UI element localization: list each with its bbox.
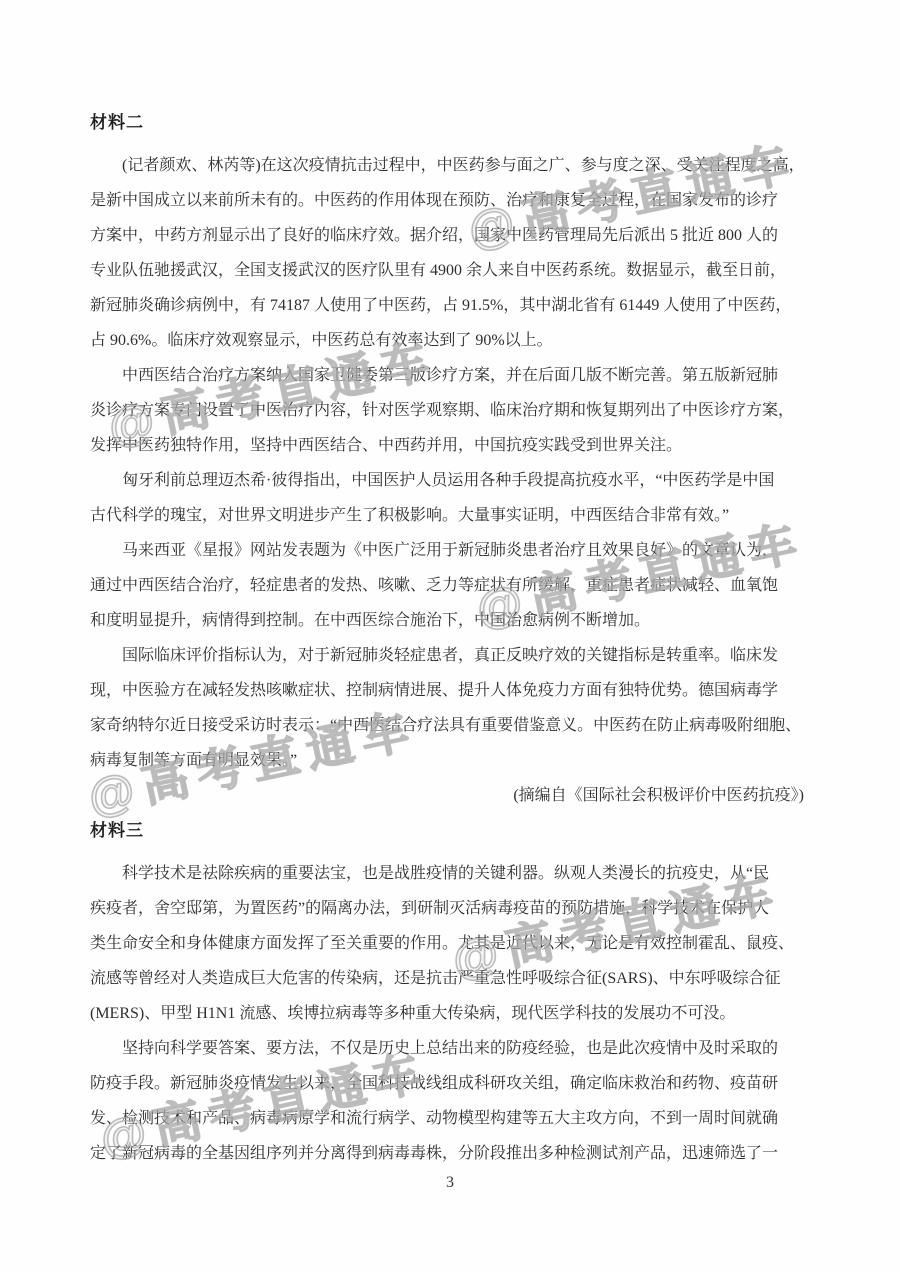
text-line: 家奇纳特尔近日接受采访时表示：“中西医结合疗法具有重要借鉴意义。中医药在防止病毒…: [90, 708, 818, 743]
text-line: 匈牙利前总理迈杰希·彼得指出，中国医护人员运用各种手段提高抗疫水平，“中医药学是…: [90, 463, 818, 498]
text-line: 和度明显提升，病情得到控制。在中西医综合施治下，中国治愈病例不断增加。: [90, 603, 818, 638]
text-line: 专业队伍驰援武汉，全国支援武汉的医疗队里有 4900 余人来自中医药系统。数据显…: [90, 253, 818, 288]
text-line: 科学技术是祛除疾病的重要法宝，也是战胜疫情的关键利器。纵观人类漫长的抗疫史，从“…: [90, 856, 818, 891]
text-line: 流感等曾经对人类造成巨大危害的传染病，还是抗击严重急性呼吸综合征(SARS)、中…: [90, 961, 818, 996]
text-line: 防疫手段。新冠肺炎疫情发生以来，全国科技战线组成科研攻关组，确定临床救治和药物、…: [90, 1066, 818, 1101]
text-line: 是新中国成立以来前所未有的。中医药的作用体现在预防、治疗和康复全过程，在国家发布…: [90, 183, 818, 218]
text-line: 现，中医验方在减轻发热咳嗽症状、控制病情进展、提升人体免疫力方面有独特优势。德国…: [90, 673, 818, 708]
text-line: (MERS)、甲型 H1N1 流感、埃博拉病毒等多种重大传染病，现代医学科技的发…: [90, 996, 818, 1031]
section-heading: 材料三: [90, 813, 818, 848]
text-line: 炎诊疗方案专门设置了中医治疗内容，针对医学观察期、临床治疗期和恢复期列出了中医诊…: [90, 393, 818, 428]
section-heading: 材料二: [90, 105, 818, 140]
text-line: 占 90.6%。临床疗效观察显示，中医药总有效率达到了 90%以上。: [90, 323, 818, 358]
text-line: 定了新冠病毒的全基因组序列并分离得到病毒毒株，分阶段推出多种检测试剂产品，迅速筛…: [90, 1136, 818, 1171]
text-line: 古代科学的瑰宝，对世界文明进步产生了积极影响。大量事实证明，中西医结合非常有效。…: [90, 498, 818, 533]
text-line: 中西医结合治疗方案纳入国家卫健委第三版诊疗方案，并在后面几版不断完善。第五版新冠…: [90, 358, 818, 393]
source-attribution: (摘编自《国际社会积极评价中医药抗疫》): [90, 778, 818, 813]
text-line: 方案中，中药方剂显示出了良好的临床疗效。据介绍，国家中医药管理局先后派出 5 批…: [90, 218, 818, 253]
document-body: 材料二(记者颜欢、林芮等)在这次疫情抗击过程中，中医药参与面之广、参与度之深、受…: [90, 105, 818, 1171]
scanned-exam-page: 材料二(记者颜欢、林芮等)在这次疫情抗击过程中，中医药参与面之广、参与度之深、受…: [0, 0, 900, 1272]
text-line: 类生命安全和身体健康方面发挥了至关重要的作用。尤其是近代以来，无论是有效控制霍乱…: [90, 926, 818, 961]
text-line: 马来西亚《星报》网站发表题为《中医广泛用于新冠肺炎患者治疗且效果良好》的文章认为…: [90, 533, 818, 568]
text-line: 通过中西医结合治疗，轻症患者的发热、咳嗽、乏力等症状有所缓解，重症患者症状减轻、…: [90, 568, 818, 603]
text-line: 国际临床评价指标认为，对于新冠肺炎轻症患者，真正反映疗效的关键指标是转重率。临床…: [90, 638, 818, 673]
text-line: (记者颜欢、林芮等)在这次疫情抗击过程中，中医药参与面之广、参与度之深、受关注程…: [90, 148, 818, 183]
text-line: 发挥中医药独特作用，坚持中西医结合、中西药并用，中国抗疫实践受到世界关注。: [90, 428, 818, 463]
text-line: 发、检测技术和产品、病毒病原学和流行病学、动物模型构建等五大主攻方向，不到一周时…: [90, 1101, 818, 1136]
page-number: 3: [0, 1174, 900, 1192]
text-line: 疾疫者，舍空邸第，为置医药”的隔离办法，到研制灭活病毒疫苗的预防措施，科学技术在…: [90, 891, 818, 926]
text-line: 新冠肺炎确诊病例中，有 74187 人使用了中医药，占 91.5%，其中湖北省有…: [90, 288, 818, 323]
text-line: 坚持向科学要答案、要方法，不仅是历史上总结出来的防疫经验，也是此次疫情中及时采取…: [90, 1031, 818, 1066]
text-line: 病毒复制等方面有明显效果。”: [90, 743, 818, 778]
